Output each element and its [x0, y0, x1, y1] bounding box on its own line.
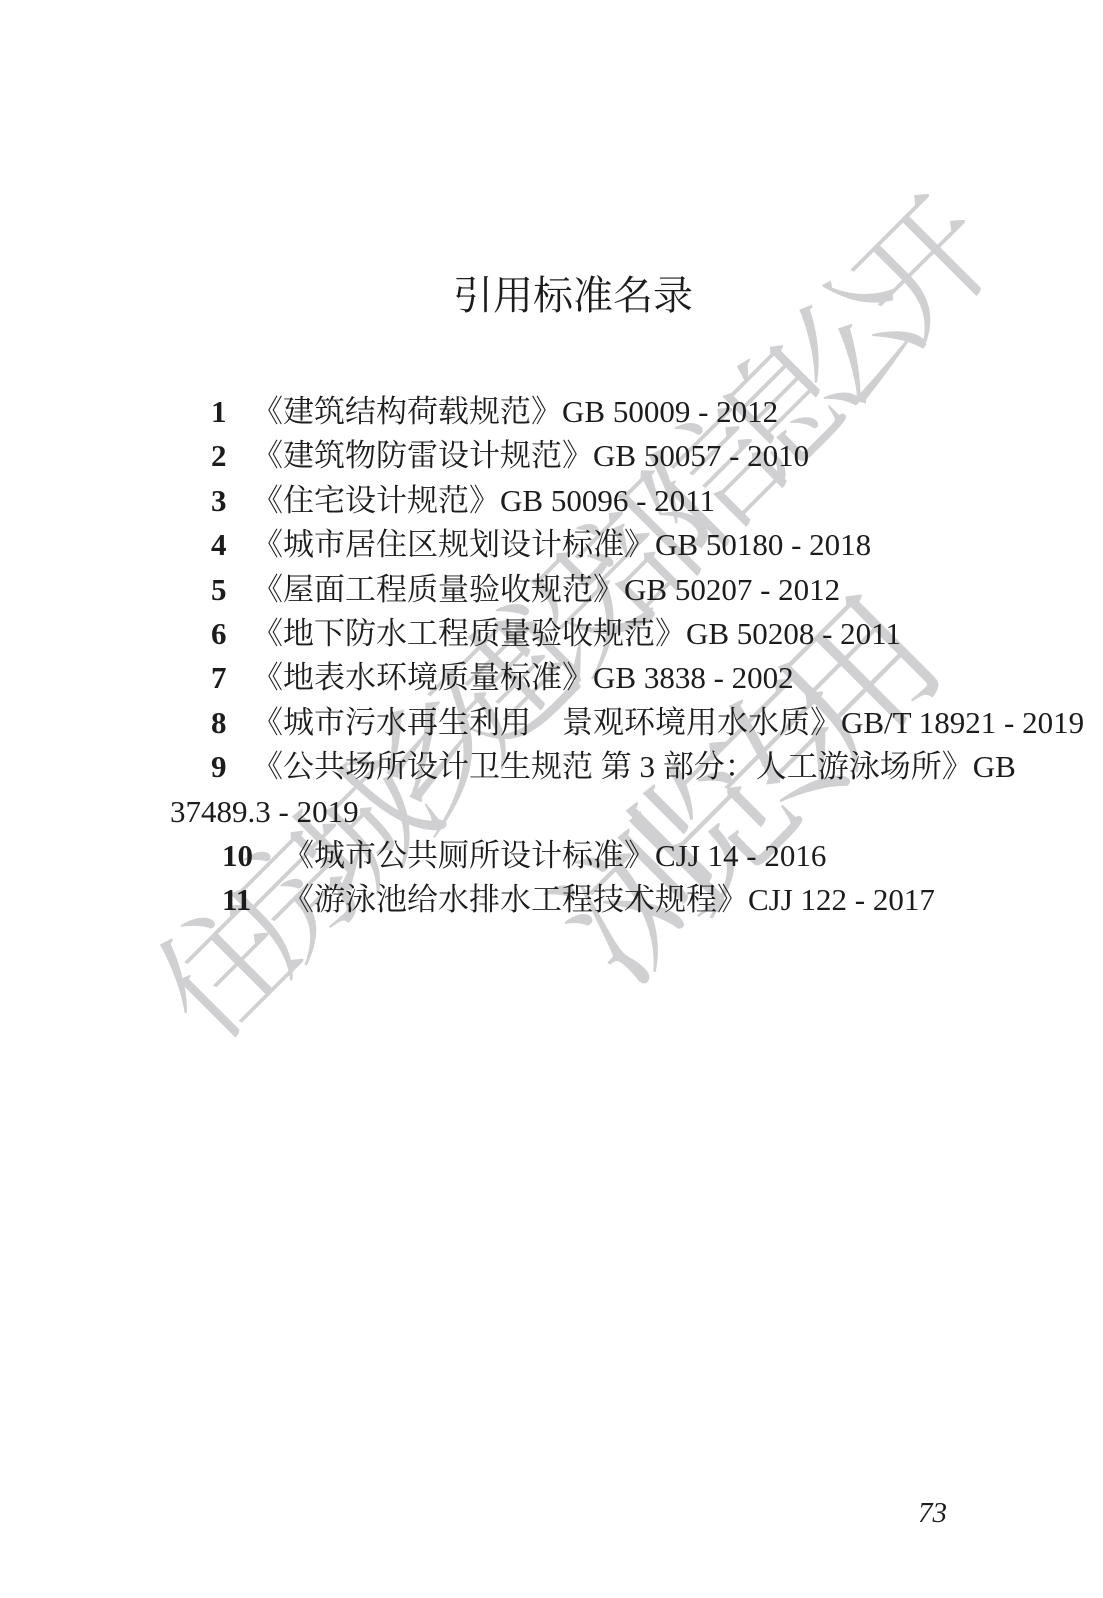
standard-list-item: 10 《城市公共厕所设计标准》CJJ 14 - 2016 — [0, 840, 1103, 884]
item-number: 8 — [211, 707, 227, 738]
standard-list-item: 7 《地表水环境质量标准》GB 3838 - 2002 — [0, 662, 1103, 706]
standard-list-item: 1 《建筑结构荷载规范》GB 50009 - 2012 — [0, 396, 1103, 440]
item-number: 3 — [211, 485, 227, 516]
standard-list-item: 9 《公共场所设计卫生规范 第 3 部分：人工游泳场所》GB — [0, 751, 1103, 795]
item-text: 《建筑结构荷载规范》GB 50009 - 2012 — [252, 396, 778, 427]
item-number: 6 — [211, 618, 227, 649]
item-text: 《城市居住区规划设计标准》GB 50180 - 2018 — [252, 529, 871, 560]
standard-list-item: 11 《游泳池给水排水工程技术规程》CJJ 122 - 2017 — [0, 884, 1103, 928]
standard-list-item: 6 《地下防水工程质量验收规范》GB 50208 - 2011 — [0, 618, 1103, 662]
item-number: 9 — [211, 751, 227, 782]
standard-list-item: 5 《屋面工程质量验收规范》GB 50207 - 2012 — [0, 574, 1103, 618]
item-text: 37489.3 - 2019 — [170, 796, 359, 827]
item-text: 《公共场所设计卫生规范 第 3 部分：人工游泳场所》GB — [252, 751, 1016, 782]
standard-list-item: 8 《城市污水再生利用 景观环境用水水质》GB/T 18921 - 2019 — [0, 707, 1103, 751]
standard-list-item: 2 《建筑物防雷设计规范》GB 50057 - 2010 — [0, 440, 1103, 484]
item-text: 《建筑物防雷设计规范》GB 50057 - 2010 — [252, 440, 809, 471]
item-text: 《城市污水再生利用 景观环境用水水质》GB/T 18921 - 2019 — [252, 707, 1084, 738]
item-text: 《地表水环境质量标准》GB 3838 - 2002 — [252, 662, 794, 693]
item-number: 1 — [211, 396, 227, 427]
item-number: 5 — [211, 574, 227, 605]
item-text: 《住宅设计规范》GB 50096 - 2011 — [252, 485, 715, 516]
item-number: 11 — [222, 884, 251, 915]
item-number: 2 — [211, 440, 227, 471]
document-page: 住房城乡建设部信息公开 浏览专用 引用标准名录 1 《建筑结构荷载规范》GB 5… — [0, 0, 1103, 1598]
standard-list-item-continuation: 37489.3 - 2019 — [0, 796, 1103, 840]
standard-list-item: 4 《城市居住区规划设计标准》GB 50180 - 2018 — [0, 529, 1103, 573]
item-text: 《城市公共厕所设计标准》CJJ 14 - 2016 — [283, 840, 826, 871]
page-number: 73 — [918, 1497, 947, 1530]
item-number: 7 — [211, 662, 227, 693]
item-text: 《游泳池给水排水工程技术规程》CJJ 122 - 2017 — [283, 884, 935, 915]
item-text: 《地下防水工程质量验收规范》GB 50208 - 2011 — [252, 618, 901, 649]
item-text: 《屋面工程质量验收规范》GB 50207 - 2012 — [252, 574, 840, 605]
page-title: 引用标准名录 — [453, 276, 693, 316]
item-number: 10 — [222, 840, 253, 871]
standard-list-item: 3 《住宅设计规范》GB 50096 - 2011 — [0, 485, 1103, 529]
item-number: 4 — [211, 529, 227, 560]
